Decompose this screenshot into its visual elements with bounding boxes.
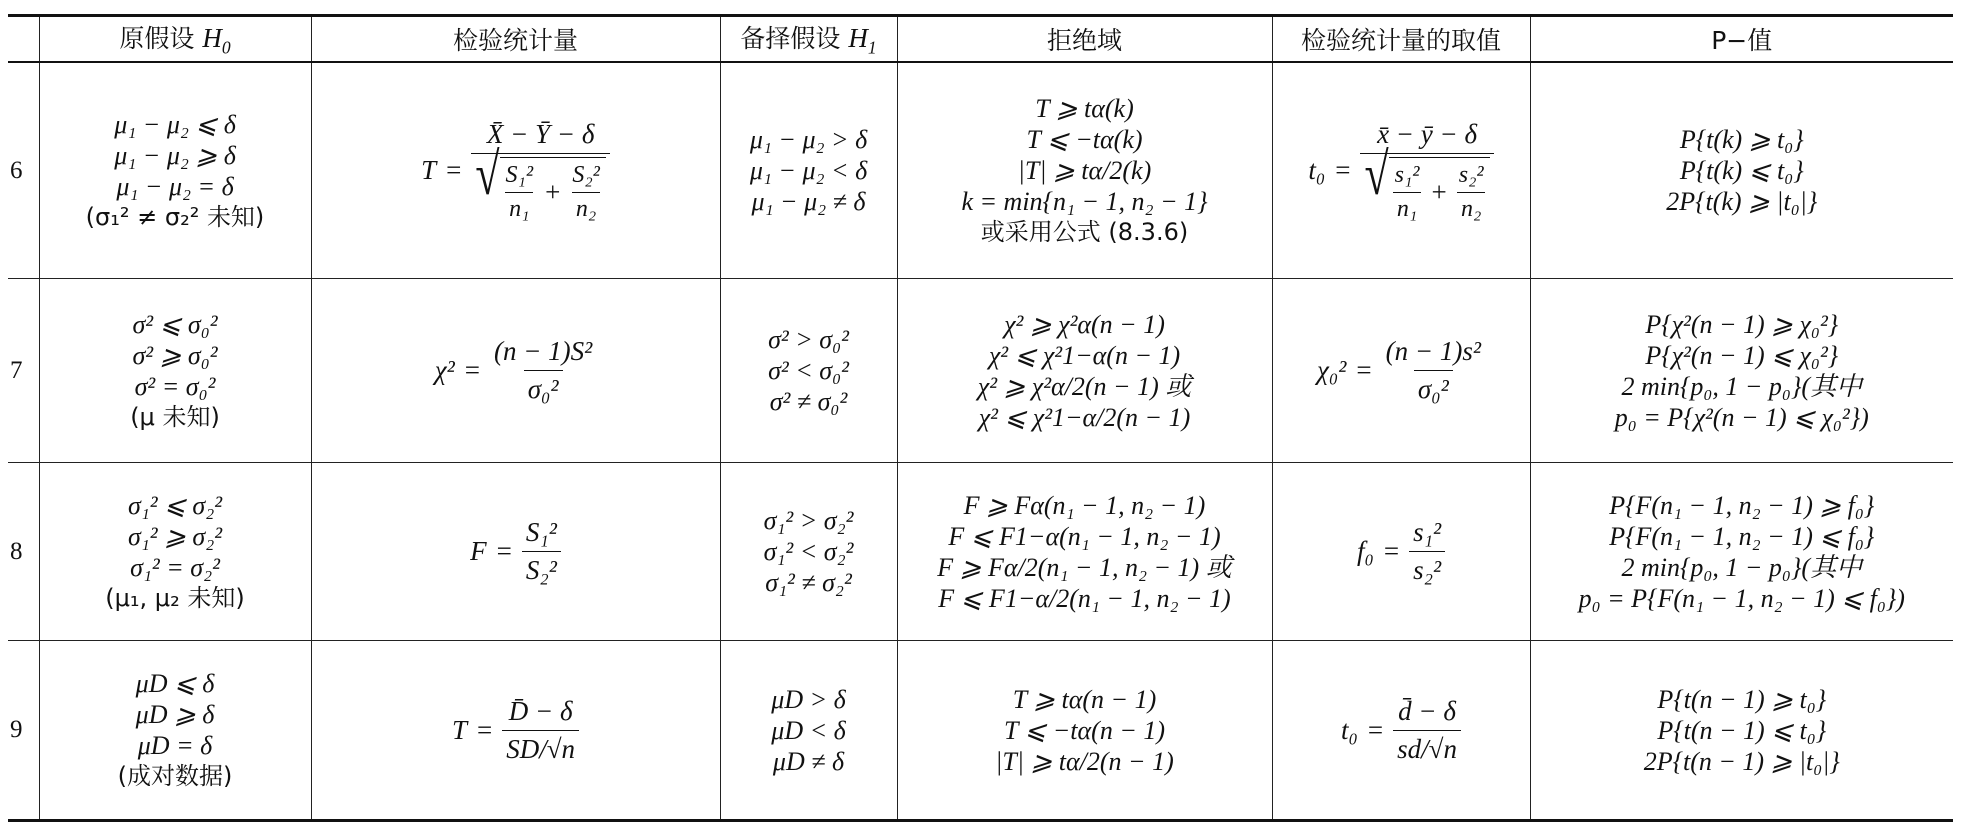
header-test-statistic: 检验统计量 (311, 16, 720, 63)
h0-line: μ₁ − μ₂ = δ (86, 171, 265, 202)
p-value-lines: P{χ²(n − 1) ⩾ χ₀²} P{χ²(n − 1) ⩽ χ₀²} 2 … (1615, 309, 1869, 433)
test-statistic-formula: T = X̄ − Ȳ − δ √ S₁² n₁ (421, 119, 610, 223)
test-statistic-formula: T = D̄ − δ SD/√n (452, 696, 579, 765)
table-row: 6 μ₁ − μ₂ ⩽ δ μ₁ − μ₂ ⩾ δ μ₁ − μ₂ = δ (σ… (8, 62, 1953, 279)
formula-lhs: χ² (435, 355, 455, 386)
statistic-value-formula: t₀ = d̄ − δ sd/√n (1341, 696, 1461, 765)
square-root: √ s₁² n₁ + s₂² n₂ (1364, 157, 1489, 223)
denominator: σ₀² (1414, 370, 1453, 405)
rejection-line: T ⩾ tα(n − 1) (995, 684, 1174, 715)
rejection-region-lines: F ⩾ Fα(n₁ − 1, n₂ − 1) F ⩽ F1−α(n₁ − 1, … (937, 490, 1231, 614)
rejection-region-cell: T ⩾ tα(n − 1) T ⩽ −tα(n − 1) |T| ⩾ tα/2(… (897, 641, 1272, 821)
alt-hypothesis-lines: σ₁² > σ₂² σ₁² < σ₂² σ₁² ≠ σ₂² (764, 505, 854, 598)
table-row: 7 σ² ⩽ σ₀² σ² ⩾ σ₀² σ² = σ₀² (μ 未知) χ² =… (8, 279, 1953, 463)
formula-lhs: f₀ (1357, 536, 1374, 567)
test-statistic-formula: F = S₁² S₂² (470, 517, 561, 586)
header-null-hypothesis: 原假设 H0 (39, 16, 311, 63)
p-value-line: P{t(n − 1) ⩾ t₀} (1644, 684, 1840, 715)
numerator: S₂² (568, 162, 604, 192)
p-value-cell: P{t(n − 1) ⩾ t₀} P{t(n − 1) ⩽ t₀} 2P{t(n… (1530, 641, 1953, 821)
h0-line: σ² = σ₀² (130, 371, 220, 402)
null-hypothesis-lines: μD ⩽ δ μD ⩾ δ μD = δ (成对数据) (118, 668, 233, 792)
p-value-cell: P{F(n₁ − 1, n₂ − 1) ⩾ f₀} P{F(n₁ − 1, n₂… (1530, 463, 1953, 641)
rejection-line: T ⩽ −tα(n − 1) (995, 715, 1174, 746)
header-row: 原假设 H0 检验统计量 备择假设 H1 拒绝域 检验统计量的取值 P−值 (8, 16, 1953, 63)
rejection-region-cell: χ² ⩾ χ²α(n − 1) χ² ⩽ χ²1−α(n − 1) χ² ⩾ χ… (897, 279, 1272, 463)
test-statistic-cell: χ² = (n − 1)S² σ₀² (311, 279, 720, 463)
rejection-line: F ⩽ F1−α(n₁ − 1, n₂ − 1) (937, 521, 1231, 552)
radicand: S₁² n₁ + S₂² n₂ (500, 157, 606, 223)
formula-lhs: t₀ (1308, 155, 1325, 186)
formula-lhs: T (421, 155, 436, 186)
h1-line: σ² < σ₀² (768, 355, 849, 386)
h1-line: μ₁ − μ₂ ≠ δ (750, 186, 867, 217)
h0-condition: (μ₁, μ₂ 未知) (105, 583, 244, 614)
equals-sign: = (1356, 355, 1371, 386)
alt-hypothesis-cell: σ₁² > σ₂² σ₁² < σ₂² σ₁² ≠ σ₂² (720, 463, 897, 641)
fraction: S₂² n₂ (568, 162, 604, 223)
header-h0-symbol: H0 (202, 23, 230, 53)
numerator: S₁² (522, 517, 561, 551)
p-value-line: P{t(k) ⩾ t₀} (1666, 124, 1817, 155)
plus-sign: + (545, 177, 560, 208)
p-value-line: P{F(n₁ − 1, n₂ − 1) ⩾ f₀} (1579, 490, 1905, 521)
rejection-region-cell: T ⩾ tα(k) T ⩽ −tα(k) |T| ⩾ tα/2(k) k = m… (897, 62, 1272, 279)
numerator: s₁² (1391, 162, 1424, 192)
p-value-cell: P{t(k) ⩾ t₀} P{t(k) ⩽ t₀} 2P{t(k) ⩾ |t₀|… (1530, 62, 1953, 279)
statistic-value-cell: t₀ = x̄ − ȳ − δ √ s₁² n₁ (1272, 62, 1530, 279)
denominator: sd/√n (1393, 730, 1461, 765)
fraction: s₁² s₂² (1409, 517, 1445, 586)
denominator: S₂² (522, 551, 561, 586)
numerator: x̄ − ȳ − δ (1373, 119, 1481, 153)
h0-line: σ₁² = σ₂² (105, 552, 244, 583)
square-root: √ S₁² n₁ + S₂² n₂ (475, 157, 605, 223)
numerator: d̄ − δ (1394, 696, 1460, 730)
fraction: s₁² n₁ (1391, 162, 1424, 223)
plus-sign: + (1432, 177, 1447, 208)
header-h1-label: 备择假设 (740, 24, 840, 53)
p-value-line: 2 min{p₀, 1 − p₀}(其中 (1615, 371, 1869, 402)
radical-icon: √ (475, 145, 499, 234)
p-value-line: 2P{t(k) ⩾ |t₀|} (1666, 186, 1817, 217)
h0-condition: (成对数据) (118, 761, 233, 792)
statistic-value-formula: χ₀² = (n − 1)s² σ₀² (1317, 336, 1485, 405)
numerator: (n − 1)S² (490, 336, 596, 370)
h0-line: μ₁ − μ₂ ⩽ δ (86, 109, 265, 140)
null-hypothesis-lines: σ² ⩽ σ₀² σ² ⩾ σ₀² σ² = σ₀² (μ 未知) (130, 309, 220, 433)
null-hypothesis-cell: μ₁ − μ₂ ⩽ δ μ₁ − μ₂ ⩾ δ μ₁ − μ₂ = δ (σ₁²… (39, 62, 311, 279)
header-row-number (8, 16, 39, 63)
h0-line: σ² ⩾ σ₀² (130, 340, 220, 371)
rejection-line: χ² ⩾ χ²α(n − 1) (978, 309, 1192, 340)
rejection-line: k = min{n₁ − 1, n₂ − 1} (961, 186, 1207, 217)
hypothesis-test-table: 原假设 H0 检验统计量 备择假设 H1 拒绝域 检验统计量的取值 P−值 6 … (8, 14, 1953, 822)
null-hypothesis-cell: μD ⩽ δ μD ⩾ δ μD = δ (成对数据) (39, 641, 311, 821)
h1-line: μ₁ − μ₂ < δ (750, 155, 867, 186)
h0-condition: (μ 未知) (130, 402, 220, 433)
h1-line: σ² ≠ σ₀² (768, 386, 849, 417)
table-row: 8 σ₁² ⩽ σ₂² σ₁² ⩾ σ₂² σ₁² = σ₂² (μ₁, μ₂ … (8, 463, 1953, 641)
row-number: 9 (8, 641, 39, 821)
p-value-line: p₀ = P{F(n₁ − 1, n₂ − 1) ⩽ f₀}) (1579, 583, 1905, 614)
alt-hypothesis-cell: μ₁ − μ₂ > δ μ₁ − μ₂ < δ μ₁ − μ₂ ≠ δ (720, 62, 897, 279)
p-value-line: P{F(n₁ − 1, n₂ − 1) ⩽ f₀} (1579, 521, 1905, 552)
h1-line: μD < δ (771, 715, 845, 746)
rejection-note: 或采用公式 (8.3.6) (961, 217, 1207, 248)
statistic-value-cell: χ₀² = (n − 1)s² σ₀² (1272, 279, 1530, 463)
h0-line: μ₁ − μ₂ ⩾ δ (86, 140, 265, 171)
test-statistic-cell: T = X̄ − Ȳ − δ √ S₁² n₁ (311, 62, 720, 279)
alt-hypothesis-lines: μD > δ μD < δ μD ≠ δ (771, 684, 845, 777)
row-number: 6 (8, 62, 39, 279)
rejection-region-lines: T ⩾ tα(n − 1) T ⩽ −tα(n − 1) |T| ⩾ tα/2(… (995, 684, 1174, 777)
equals-sign: = (1335, 155, 1350, 186)
fraction: x̄ − ȳ − δ √ s₁² n₁ + (1360, 119, 1493, 223)
fraction: D̄ − δ SD/√n (502, 696, 579, 765)
rejection-line: F ⩾ Fα(n₁ − 1, n₂ − 1) (937, 490, 1231, 521)
h1-line: μD > δ (771, 684, 845, 715)
equals-sign: = (465, 355, 480, 386)
row-number: 7 (8, 279, 39, 463)
p-value-line: 2P{t(n − 1) ⩾ |t₀|} (1644, 746, 1840, 777)
statistic-value-formula: t₀ = x̄ − ȳ − δ √ s₁² n₁ (1308, 119, 1493, 223)
fraction: S₁² n₁ (502, 162, 538, 223)
denominator: n₁ (505, 192, 533, 223)
p-value-line: P{t(n − 1) ⩽ t₀} (1644, 715, 1840, 746)
h0-condition: (σ₁² ≠ σ₂² 未知) (86, 202, 265, 233)
null-hypothesis-lines: σ₁² ⩽ σ₂² σ₁² ⩾ σ₂² σ₁² = σ₂² (μ₁, μ₂ 未知… (105, 490, 244, 614)
fraction: d̄ − δ sd/√n (1393, 696, 1461, 765)
equals-sign: = (1384, 536, 1399, 567)
h1-subscript: 1 (868, 38, 877, 58)
numerator: s₂² (1455, 162, 1488, 192)
alt-hypothesis-cell: σ² > σ₀² σ² < σ₀² σ² ≠ σ₀² (720, 279, 897, 463)
h1-line: σ₁² ≠ σ₂² (764, 567, 854, 598)
h0-line: μD ⩾ δ (118, 699, 233, 730)
equals-sign: = (477, 715, 492, 746)
alt-hypothesis-lines: μ₁ − μ₂ > δ μ₁ − μ₂ < δ μ₁ − μ₂ ≠ δ (750, 124, 867, 217)
test-statistic-cell: F = S₁² S₂² (311, 463, 720, 641)
null-hypothesis-cell: σ₁² ⩽ σ₂² σ₁² ⩾ σ₂² σ₁² = σ₂² (μ₁, μ₂ 未知… (39, 463, 311, 641)
denominator: √ S₁² n₁ + S₂² n₂ (471, 153, 609, 223)
header-alt-hypothesis: 备择假设 H1 (720, 16, 897, 63)
rejection-line: F ⩾ Fα/2(n₁ − 1, n₂ − 1) 或 (937, 552, 1231, 583)
statistic-value-formula: f₀ = s₁² s₂² (1357, 517, 1445, 586)
rejection-line: T ⩾ tα(k) (961, 93, 1207, 124)
fraction: S₁² S₂² (522, 517, 561, 586)
h1-symbol: H (848, 23, 868, 53)
denominator: √ s₁² n₁ + s₂² n₂ (1360, 153, 1493, 223)
p-value-lines: P{t(n − 1) ⩾ t₀} P{t(n − 1) ⩽ t₀} 2P{t(n… (1644, 684, 1840, 777)
header-statistic-value: 检验统计量的取值 (1272, 16, 1530, 63)
equals-sign: = (446, 155, 461, 186)
test-statistic-cell: T = D̄ − δ SD/√n (311, 641, 720, 821)
header-p-value: P−值 (1530, 16, 1953, 63)
denominator: n₂ (1457, 192, 1485, 223)
statistic-value-cell: f₀ = s₁² s₂² (1272, 463, 1530, 641)
p-value-lines: P{F(n₁ − 1, n₂ − 1) ⩾ f₀} P{F(n₁ − 1, n₂… (1579, 490, 1905, 614)
p-value-line: P{χ²(n − 1) ⩽ χ₀²} (1615, 340, 1869, 371)
h0-line: σ₁² ⩾ σ₂² (105, 521, 244, 552)
radical-icon: √ (1364, 145, 1388, 234)
p-value-line: P{t(k) ⩽ t₀} (1666, 155, 1817, 186)
equals-sign: = (1368, 715, 1383, 746)
p-value-cell: P{χ²(n − 1) ⩾ χ₀²} P{χ²(n − 1) ⩽ χ₀²} 2 … (1530, 279, 1953, 463)
formula-lhs: t₀ (1341, 715, 1358, 746)
formula-lhs: χ₀² (1317, 355, 1346, 386)
row-number: 8 (8, 463, 39, 641)
h0-line: μD ⩽ δ (118, 668, 233, 699)
numerator: (n − 1)s² (1382, 336, 1485, 370)
alt-hypothesis-lines: σ² > σ₀² σ² < σ₀² σ² ≠ σ₀² (768, 324, 849, 417)
rejection-line: |T| ⩾ tα/2(k) (961, 155, 1207, 186)
h1-line: σ₁² > σ₂² (764, 505, 854, 536)
rejection-line: |T| ⩾ tα/2(n − 1) (995, 746, 1174, 777)
rejection-region-lines: χ² ⩾ χ²α(n − 1) χ² ⩽ χ²1−α(n − 1) χ² ⩾ χ… (978, 309, 1192, 433)
header-rejection-region: 拒绝域 (897, 16, 1272, 63)
null-hypothesis-lines: μ₁ − μ₂ ⩽ δ μ₁ − μ₂ ⩾ δ μ₁ − μ₂ = δ (σ₁²… (86, 109, 265, 233)
numerator: S₁² (502, 162, 538, 192)
rejection-line: T ⩽ −tα(k) (961, 124, 1207, 155)
denominator: σ₀² (524, 370, 563, 405)
numerator: D̄ − δ (505, 696, 577, 730)
h0-subscript: 0 (222, 38, 231, 58)
p-value-line: p₀ = P{χ²(n − 1) ⩽ χ₀²}) (1615, 402, 1869, 433)
statistic-value-cell: t₀ = d̄ − δ sd/√n (1272, 641, 1530, 821)
rejection-line: χ² ⩽ χ²1−α(n − 1) (978, 340, 1192, 371)
alt-hypothesis-cell: μD > δ μD < δ μD ≠ δ (720, 641, 897, 821)
p-value-lines: P{t(k) ⩾ t₀} P{t(k) ⩽ t₀} 2P{t(k) ⩾ |t₀|… (1666, 124, 1817, 217)
denominator: n₁ (1393, 192, 1421, 223)
denominator: n₂ (572, 192, 600, 223)
equals-sign: = (497, 536, 512, 567)
denominator: SD/√n (502, 730, 579, 765)
rejection-line: F ⩽ F1−α/2(n₁ − 1, n₂ − 1) (937, 583, 1231, 614)
h1-line: μD ≠ δ (771, 746, 845, 777)
fraction: X̄ − Ȳ − δ √ S₁² n₁ + (471, 119, 609, 223)
h1-line: σ² > σ₀² (768, 324, 849, 355)
numerator: X̄ − Ȳ − δ (483, 119, 599, 153)
h0-line: σ² ⩽ σ₀² (130, 309, 220, 340)
formula-lhs: F (470, 536, 487, 567)
null-hypothesis-cell: σ² ⩽ σ₀² σ² ⩾ σ₀² σ² = σ₀² (μ 未知) (39, 279, 311, 463)
h0-line: σ₁² ⩽ σ₂² (105, 490, 244, 521)
header-h0-label: 原假设 (119, 24, 194, 53)
rejection-line: χ² ⩽ χ²1−α/2(n − 1) (978, 402, 1192, 433)
p-value-line: P{χ²(n − 1) ⩾ χ₀²} (1615, 309, 1869, 340)
fraction: (n − 1)S² σ₀² (490, 336, 596, 405)
test-statistic-formula: χ² = (n − 1)S² σ₀² (435, 336, 597, 405)
h1-line: μ₁ − μ₂ > δ (750, 124, 867, 155)
numerator: s₁² (1409, 517, 1445, 551)
rejection-region-cell: F ⩾ Fα(n₁ − 1, n₂ − 1) F ⩽ F1−α(n₁ − 1, … (897, 463, 1272, 641)
fraction: (n − 1)s² σ₀² (1382, 336, 1485, 405)
p-value-line: 2 min{p₀, 1 − p₀}(其中 (1579, 552, 1905, 583)
radicand: s₁² n₁ + s₂² n₂ (1389, 157, 1490, 223)
rejection-region-lines: T ⩾ tα(k) T ⩽ −tα(k) |T| ⩾ tα/2(k) k = m… (961, 93, 1207, 248)
table-row: 9 μD ⩽ δ μD ⩾ δ μD = δ (成对数据) T = D̄ − δ… (8, 641, 1953, 821)
header-h1-symbol: H1 (848, 23, 876, 53)
h1-line: σ₁² < σ₂² (764, 536, 854, 567)
formula-lhs: T (452, 715, 467, 746)
h0-symbol: H (202, 23, 222, 53)
denominator: s₂² (1409, 551, 1445, 586)
h0-line: μD = δ (118, 730, 233, 761)
rejection-line: χ² ⩾ χ²α/2(n − 1) 或 (978, 371, 1192, 402)
fraction: s₂² n₂ (1455, 162, 1488, 223)
